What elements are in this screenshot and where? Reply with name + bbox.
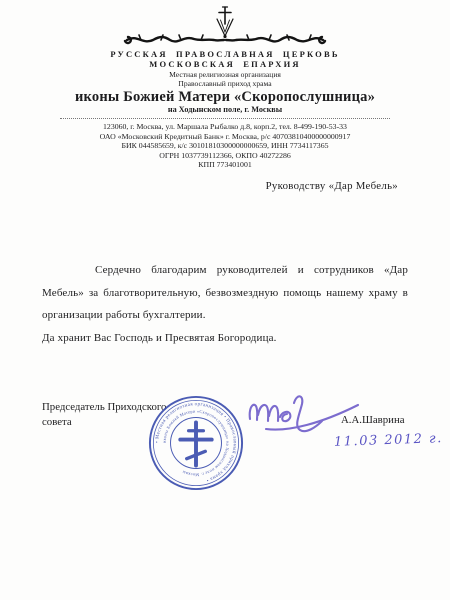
church-org-line2: МОСКОВСКАЯ ЕПАРХИЯ	[0, 59, 450, 69]
org-type-line2: Православный приход храма	[0, 79, 450, 88]
body-line: Сердечно благодарим руководителей и сотр…	[42, 259, 408, 282]
parish-round-stamp: • Местная религиозная организация • Прав…	[147, 394, 245, 492]
contact-bik-inn-line: БИК 044585659, к/с 30101810300000000659,…	[0, 141, 450, 151]
letter-body: Сердечно благодарим руководителей и сотр…	[42, 259, 408, 349]
church-location: на Ходынском поле, г. Москвы	[0, 105, 450, 115]
dotted-divider	[60, 118, 390, 119]
letterhead: РУССКАЯ ПРАВОСЛАВНАЯ ЦЕРКОВЬ МОСКОВСКАЯ …	[0, 0, 450, 170]
contact-ogrn-okpo-line: ОГРН 1037739112366, ОКПО 40272286	[0, 151, 450, 161]
church-org-line1: РУССКАЯ ПРАВОСЛАВНАЯ ЦЕРКОВЬ	[0, 49, 450, 59]
contact-block: 123060, г. Москва, ул. Маршала Рыбалко д…	[0, 122, 450, 170]
blessing-line: Да хранит Вас Господь и Пресвятая Богоро…	[42, 327, 408, 350]
body-line: организации работы бухгалтерии.	[42, 304, 408, 327]
body-line: Мебель» за благотворительную, безвозмезд…	[42, 282, 408, 305]
contact-address-line: 123060, г. Москва, ул. Маршала Рыбалко д…	[0, 122, 450, 132]
stamp-orthodox-cross-icon	[180, 422, 211, 465]
church-name: иконы Божией Матери «Скоропослушница»	[0, 90, 450, 105]
org-type-line1: Местная религиозная организация	[0, 70, 450, 79]
addressee-line: Руководству «Дар Мебель»	[0, 180, 450, 192]
letter-page: РУССКАЯ ПРАВОСЛАВНАЯ ЦЕРКОВЬ МОСКОВСКАЯ …	[0, 0, 450, 600]
contact-kpp-line: КПП 773401001	[0, 160, 450, 170]
handwritten-signature	[244, 383, 362, 447]
scroll-flourish-ornament	[119, 32, 331, 47]
contact-bank-line: ОАО «Московский Кредитный Банк» г. Москв…	[0, 132, 450, 142]
